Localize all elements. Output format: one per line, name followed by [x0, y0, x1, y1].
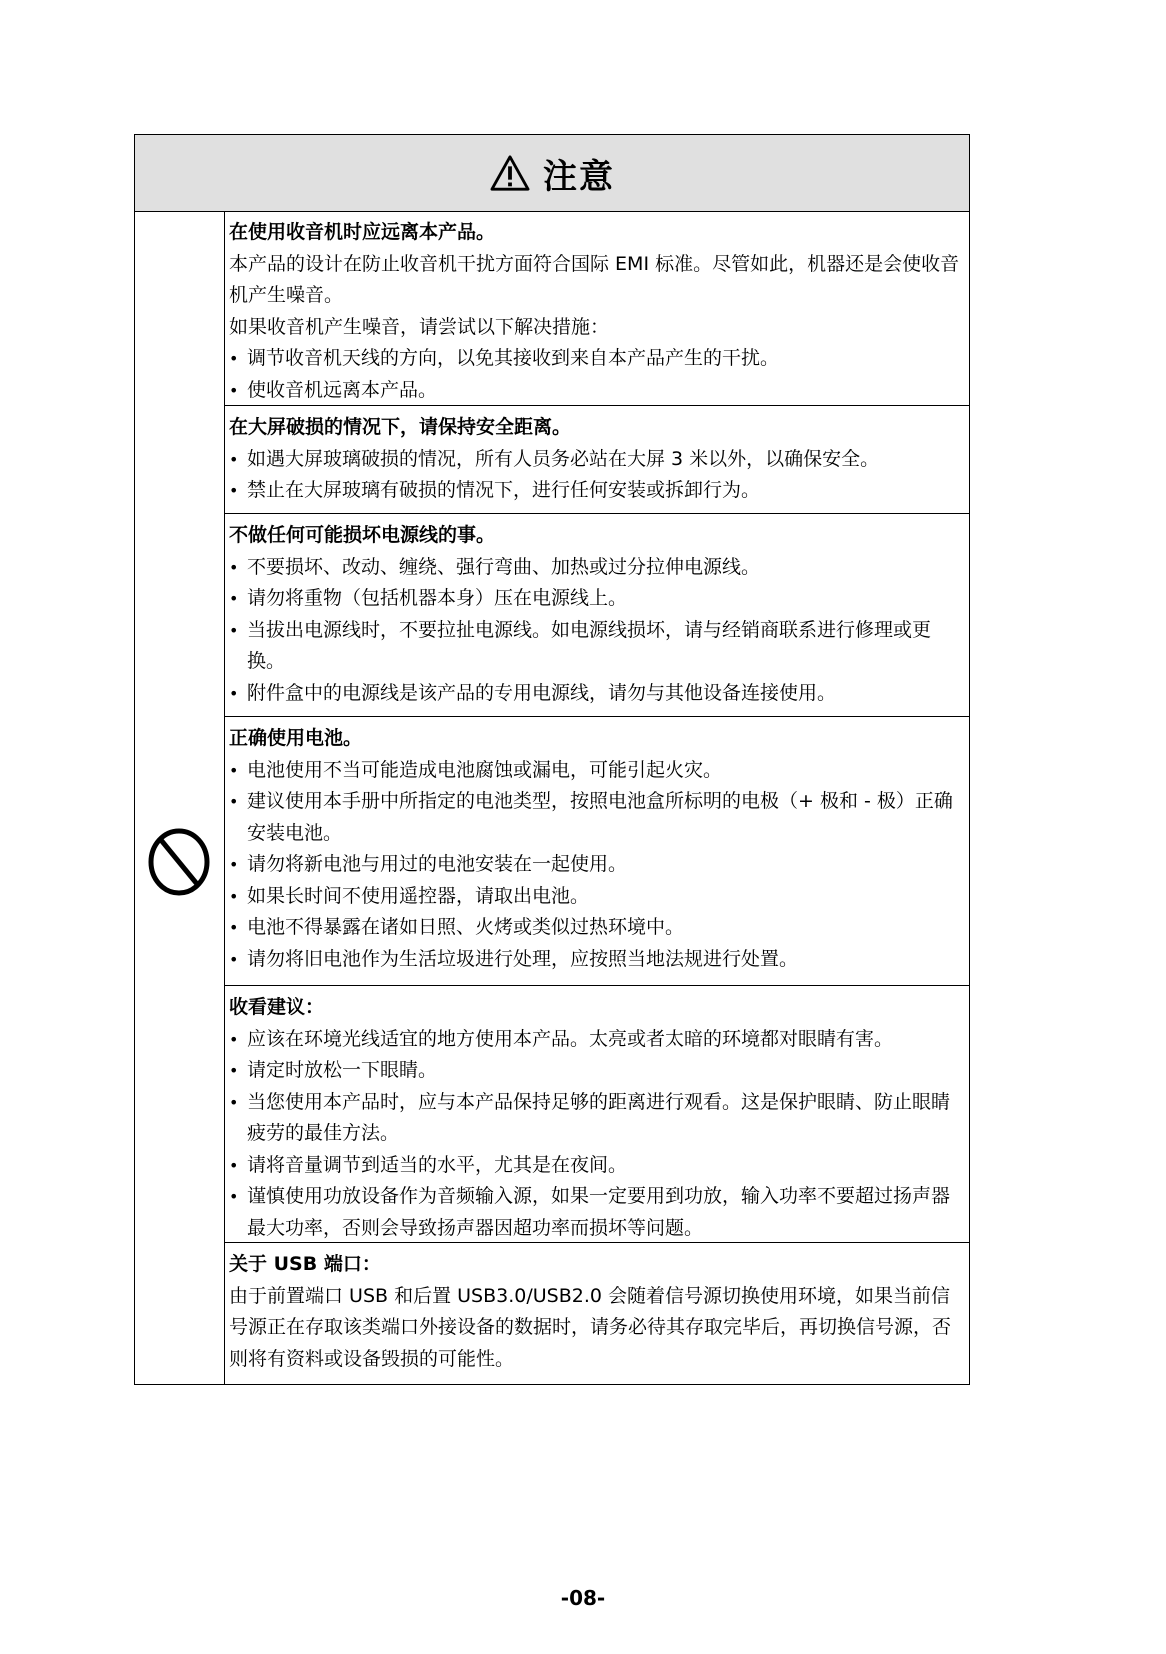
bullet-item: 不要损坏、改动、缠绕、强行弯曲、加热或过分拉伸电源线。	[229, 552, 963, 584]
caution-content: 在使用收音机时应远离本产品。 本产品的设计在防止收音机干扰方面符合国际 EMI …	[225, 211, 969, 1384]
prohibition-icon	[147, 828, 211, 896]
section-radio: 在使用收音机时应远离本产品。 本产品的设计在防止收音机干扰方面符合国际 EMI …	[225, 211, 969, 406]
section-heading: 在大屏破损的情况下，请保持安全距离。	[229, 412, 963, 444]
section-usb-port: 关于 USB 端口： 由于前置端口 USB 和后置 USB3.0/USB2.0 …	[225, 1243, 969, 1384]
paragraph: 如果收音机产生噪音，请尝试以下解决措施：	[229, 312, 963, 344]
warning-triangle-icon	[489, 154, 531, 192]
paragraph: 本产品的设计在防止收音机干扰方面符合国际 EMI 标准。尽管如此，机器还是会使收…	[229, 249, 963, 312]
section-heading: 不做任何可能损坏电源线的事。	[229, 520, 963, 552]
bullet-item: 禁止在大屏玻璃有破损的情况下，进行任何安装或拆卸行为。	[229, 475, 963, 507]
bullet-item: 请勿将旧电池作为生活垃圾进行处理，应按照当地法规进行处置。	[229, 944, 963, 976]
section-heading: 正确使用电池。	[229, 723, 963, 755]
section-heading: 在使用收音机时应远离本产品。	[229, 217, 963, 249]
bullet-item: 如果长时间不使用遥控器，请取出电池。	[229, 881, 963, 913]
section-screen-damage: 在大屏破损的情况下，请保持安全距离。 如遇大屏玻璃破损的情况，所有人员务必站在大…	[225, 406, 969, 514]
section-heading: 关于 USB 端口：	[229, 1249, 963, 1281]
bullet-item: 谨慎使用功放设备作为音频输入源，如果一定要用到功放，输入功率不要超过扬声器最大功…	[229, 1181, 963, 1244]
bullet-item: 使收音机远离本产品。	[229, 375, 963, 407]
icon-column	[135, 211, 225, 1384]
section-viewing-advice: 收看建议： 应该在环境光线适宜的地方使用本产品。太亮或者太暗的环境都对眼睛有害。…	[225, 986, 969, 1243]
section-heading: 收看建议：	[229, 992, 963, 1024]
bullet-item: 请将音量调节到适当的水平，尤其是在夜间。	[229, 1150, 963, 1182]
bullet-item: 当您使用本产品时，应与本产品保持足够的距离进行观看。这是保护眼睛、防止眼睛疲劳的…	[229, 1087, 963, 1150]
bullet-item: 附件盒中的电源线是该产品的专用电源线，请勿与其他设备连接使用。	[229, 678, 963, 710]
caution-table: 注意 在使用收音机时应远离本产品。 本产品的设计在防止收音机干扰方面符合国际 E…	[134, 134, 970, 1385]
caution-title: 注意	[543, 149, 615, 198]
paragraph: 由于前置端口 USB 和后置 USB3.0/USB2.0 会随着信号源切换使用环…	[229, 1281, 963, 1376]
section-power-cord: 不做任何可能损坏电源线的事。 不要损坏、改动、缠绕、强行弯曲、加热或过分拉伸电源…	[225, 514, 969, 717]
bullet-item: 如遇大屏玻璃破损的情况，所有人员务必站在大屏 3 米以外，以确保安全。	[229, 444, 963, 476]
bullet-item: 请定时放松一下眼睛。	[229, 1055, 963, 1087]
bullet-item: 请勿将新电池与用过的电池安装在一起使用。	[229, 849, 963, 881]
bullet-item: 电池使用不当可能造成电池腐蚀或漏电，可能引起火灾。	[229, 755, 963, 787]
bullet-item: 应该在环境光线适宜的地方使用本产品。太亮或者太暗的环境都对眼睛有害。	[229, 1024, 963, 1056]
bullet-item: 请勿将重物（包括机器本身）压在电源线上。	[229, 583, 963, 615]
page-number: -08-	[0, 1586, 1166, 1610]
bullet-item: 当拔出电源线时，不要拉扯电源线。如电源线损坏，请与经销商联系进行修理或更换。	[229, 615, 963, 678]
caution-header: 注意	[135, 135, 969, 212]
section-battery: 正确使用电池。 电池使用不当可能造成电池腐蚀或漏电，可能引起火灾。 建议使用本手…	[225, 717, 969, 986]
bullet-item: 电池不得暴露在诸如日照、火烤或类似过热环境中。	[229, 912, 963, 944]
bullet-item: 调节收音机天线的方向，以免其接收到来自本产品产生的干扰。	[229, 343, 963, 375]
bullet-item: 建议使用本手册中所指定的电池类型，按照电池盒所标明的电极（+ 极和 - 极）正确…	[229, 786, 963, 849]
